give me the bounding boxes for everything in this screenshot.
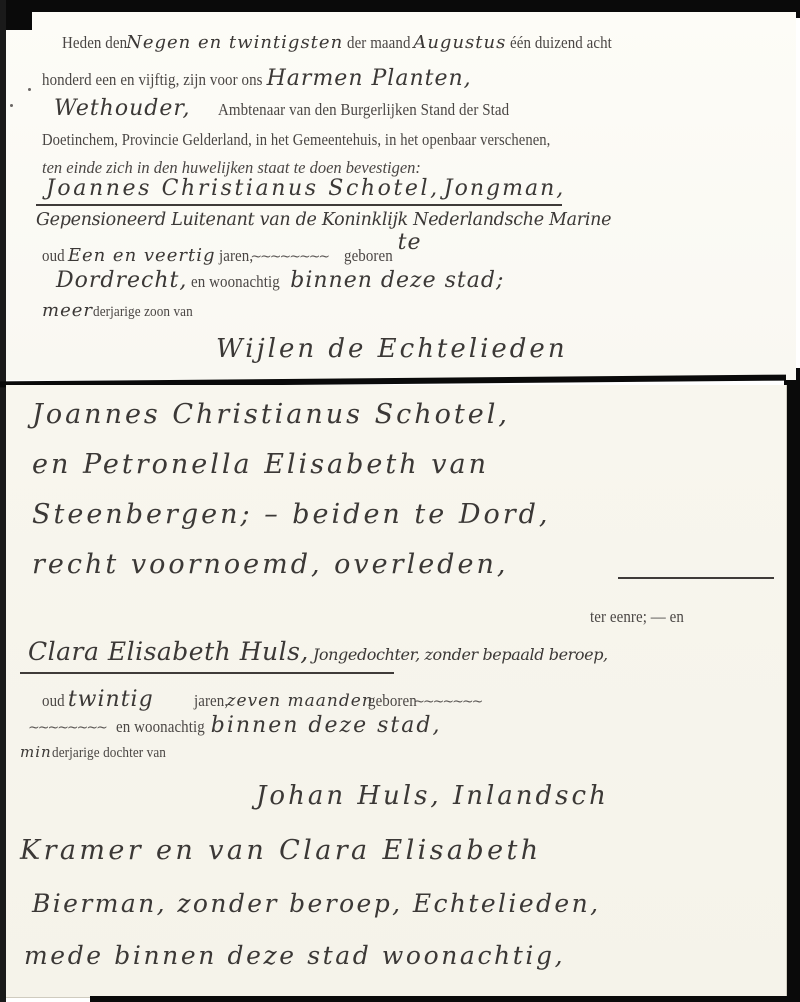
handwritten-residence: binnen deze stad; — [290, 268, 504, 293]
record-line-mother-groom-2: Steenbergen; – beiden te Dord, — [32, 499, 551, 530]
handwritten-groom-mother: en Petronella Elisabeth van — [32, 449, 489, 480]
record-line-bride-mother: Kramer en van Clara Elisabeth — [20, 835, 542, 866]
record-line-occupation: Gepensioneerd Luitenant van de Koninklij… — [36, 210, 611, 230]
printed-text: der maand — [347, 33, 411, 53]
paper-speck — [10, 104, 13, 107]
handwritten-groom-father: Joannes Christianus Schotel, — [32, 399, 510, 430]
handwritten-bride-parents-residence: mede binnen deze stad woonachtig, — [24, 941, 565, 970]
handwritten-official-name: Harmen Planten, — [267, 66, 472, 91]
record-line-groom: Joannes Christianus Schotel, Jongman, — [46, 176, 565, 201]
handwritten-parents-intro: Wijlen de Echtelieden — [216, 334, 568, 364]
printed-text: jaren, — [219, 246, 253, 266]
handwritten-meer: meer — [42, 300, 93, 321]
handwritten-groom-name: Joannes Christianus Schotel, — [46, 176, 440, 201]
filler-rule — [618, 577, 774, 579]
handwritten-min: min — [20, 743, 52, 761]
printed-text: Heden den — [62, 33, 127, 53]
record-line-groom-birthplace: Dordrecht, en woonachtig binnen deze sta… — [56, 268, 504, 293]
printed-text: oud — [42, 246, 65, 266]
handwritten-groom-age: Een en veertig — [68, 245, 216, 266]
printed-text: geboren — [344, 246, 393, 266]
printed-text: derjarige zoon van — [93, 304, 193, 321]
handwritten-birthplace: Dordrecht, — [56, 268, 187, 293]
printed-italic-text: ten einde zich in den huwelijken staat t… — [42, 158, 421, 177]
record-line-bride-minority: minderjarige dochter van — [20, 743, 181, 762]
record-line-parents-intro: Wijlen de Echtelieden — [216, 334, 568, 364]
record-line-1: Heden den Negen en twintigsten der maand… — [62, 32, 626, 53]
paper-speck — [28, 88, 31, 91]
handwritten-groom-status: Jongman, — [444, 176, 565, 201]
record-line-father-groom: Joannes Christianus Schotel, — [32, 399, 510, 430]
handwritten-bride-age: twintig — [68, 687, 154, 712]
record-line-ter-eenre: ter eenre; — en — [590, 607, 697, 627]
record-line-bride-mother-cont: Bierman, zonder beroep, Echtelieden, — [32, 889, 600, 918]
record-line-groom-parents-deceased: recht voornoemd, overleden, — [32, 549, 508, 580]
printed-text: honderd een en vijftig, zijn voor ons — [42, 70, 263, 90]
handwritten-bride-status: Jongedochter, zonder bepaald beroep, — [313, 645, 608, 664]
record-line-4: Doetinchem, Provincie Gelderland, in het… — [42, 130, 633, 150]
handwritten-bride-residence: binnen deze stad, — [211, 713, 442, 738]
handwritten-deceased-note: recht voornoemd, overleden, — [32, 549, 508, 580]
printed-text: Ambtenaar van den Burgerlijken Stand der… — [218, 100, 509, 120]
record-line-3: Wethouder, Ambtenaar van den Burgerlijke… — [54, 96, 549, 121]
filler-flourish: ~~~~~~~ — [413, 694, 481, 710]
scan-frame-bottom — [90, 996, 800, 1002]
record-line-5: ten einde zich in den huwelijken staat t… — [42, 158, 421, 178]
bride-name-underline — [20, 672, 394, 674]
record-line-mother-groom-1: en Petronella Elisabeth van — [32, 449, 489, 480]
document-fragment-bottom: Joannes Christianus Schotel, en Petronel… — [6, 385, 787, 998]
handwritten-day: Negen en twintigsten — [126, 32, 343, 53]
printed-text: en woonachtig — [116, 717, 205, 737]
printed-text: één duizend acht — [510, 33, 612, 53]
handwritten-bride-months: zeven maanden — [226, 691, 373, 711]
handwritten-month: Augustus — [413, 32, 506, 53]
record-line-bride: Clara Elisabeth Huls, Jongedochter, zond… — [28, 637, 608, 666]
record-line-bride-father: Johan Huls, Inlandsch — [256, 781, 609, 811]
filler-flourish: ~~~~~~~~ — [250, 249, 328, 265]
record-line-bride-parents-residence: mede binnen deze stad woonachtig, — [24, 941, 565, 970]
printed-text: geboren — [368, 691, 417, 711]
printed-text: en woonachtig — [191, 272, 280, 292]
record-line-bride-age: oud twintig jaren, zeven maandengeboren … — [42, 687, 481, 712]
printed-text: oud — [42, 691, 65, 711]
printed-text: Doetinchem, Provincie Gelderland, in het… — [42, 130, 550, 150]
handwritten-groom-mother-cont: Steenbergen; – beiden te Dord, — [32, 499, 551, 530]
record-line-bride-residence: ~~~~~~~~ en woonachtig binnen deze stad, — [28, 713, 441, 738]
handwritten-bride-mother: Kramer en van Clara Elisabeth — [20, 835, 542, 866]
handwritten-official-title: Wethouder, — [54, 96, 190, 121]
printed-text: jaren, — [194, 691, 228, 711]
handwritten-bride-name: Clara Elisabeth Huls, — [28, 637, 309, 666]
record-line-groom-majority: meerderjarige zoon van — [42, 300, 206, 321]
groom-name-underline — [36, 204, 562, 206]
handwritten-te: te — [398, 230, 422, 255]
handwritten-bride-mother-occupation: Bierman, zonder beroep, Echtelieden, — [32, 889, 600, 918]
scan-notch — [6, 12, 32, 30]
printed-text: ter eenre; — en — [590, 607, 684, 627]
record-line-groom-age: oud Een en veertig jaren, ~~~~~~~~ gebor… — [42, 242, 421, 267]
filler-flourish: ~~~~~~~~ — [28, 720, 106, 736]
handwritten-groom-occupation: Gepensioneerd Luitenant van de Koninklij… — [36, 210, 611, 230]
printed-text: derjarige dochter van — [52, 745, 166, 762]
record-line-2: honderd een en vijftig, zijn voor ons Ha… — [42, 66, 472, 91]
document-fragment-top: Heden den Negen en twintigsten der maand… — [6, 12, 796, 380]
handwritten-bride-father: Johan Huls, Inlandsch — [256, 781, 609, 811]
